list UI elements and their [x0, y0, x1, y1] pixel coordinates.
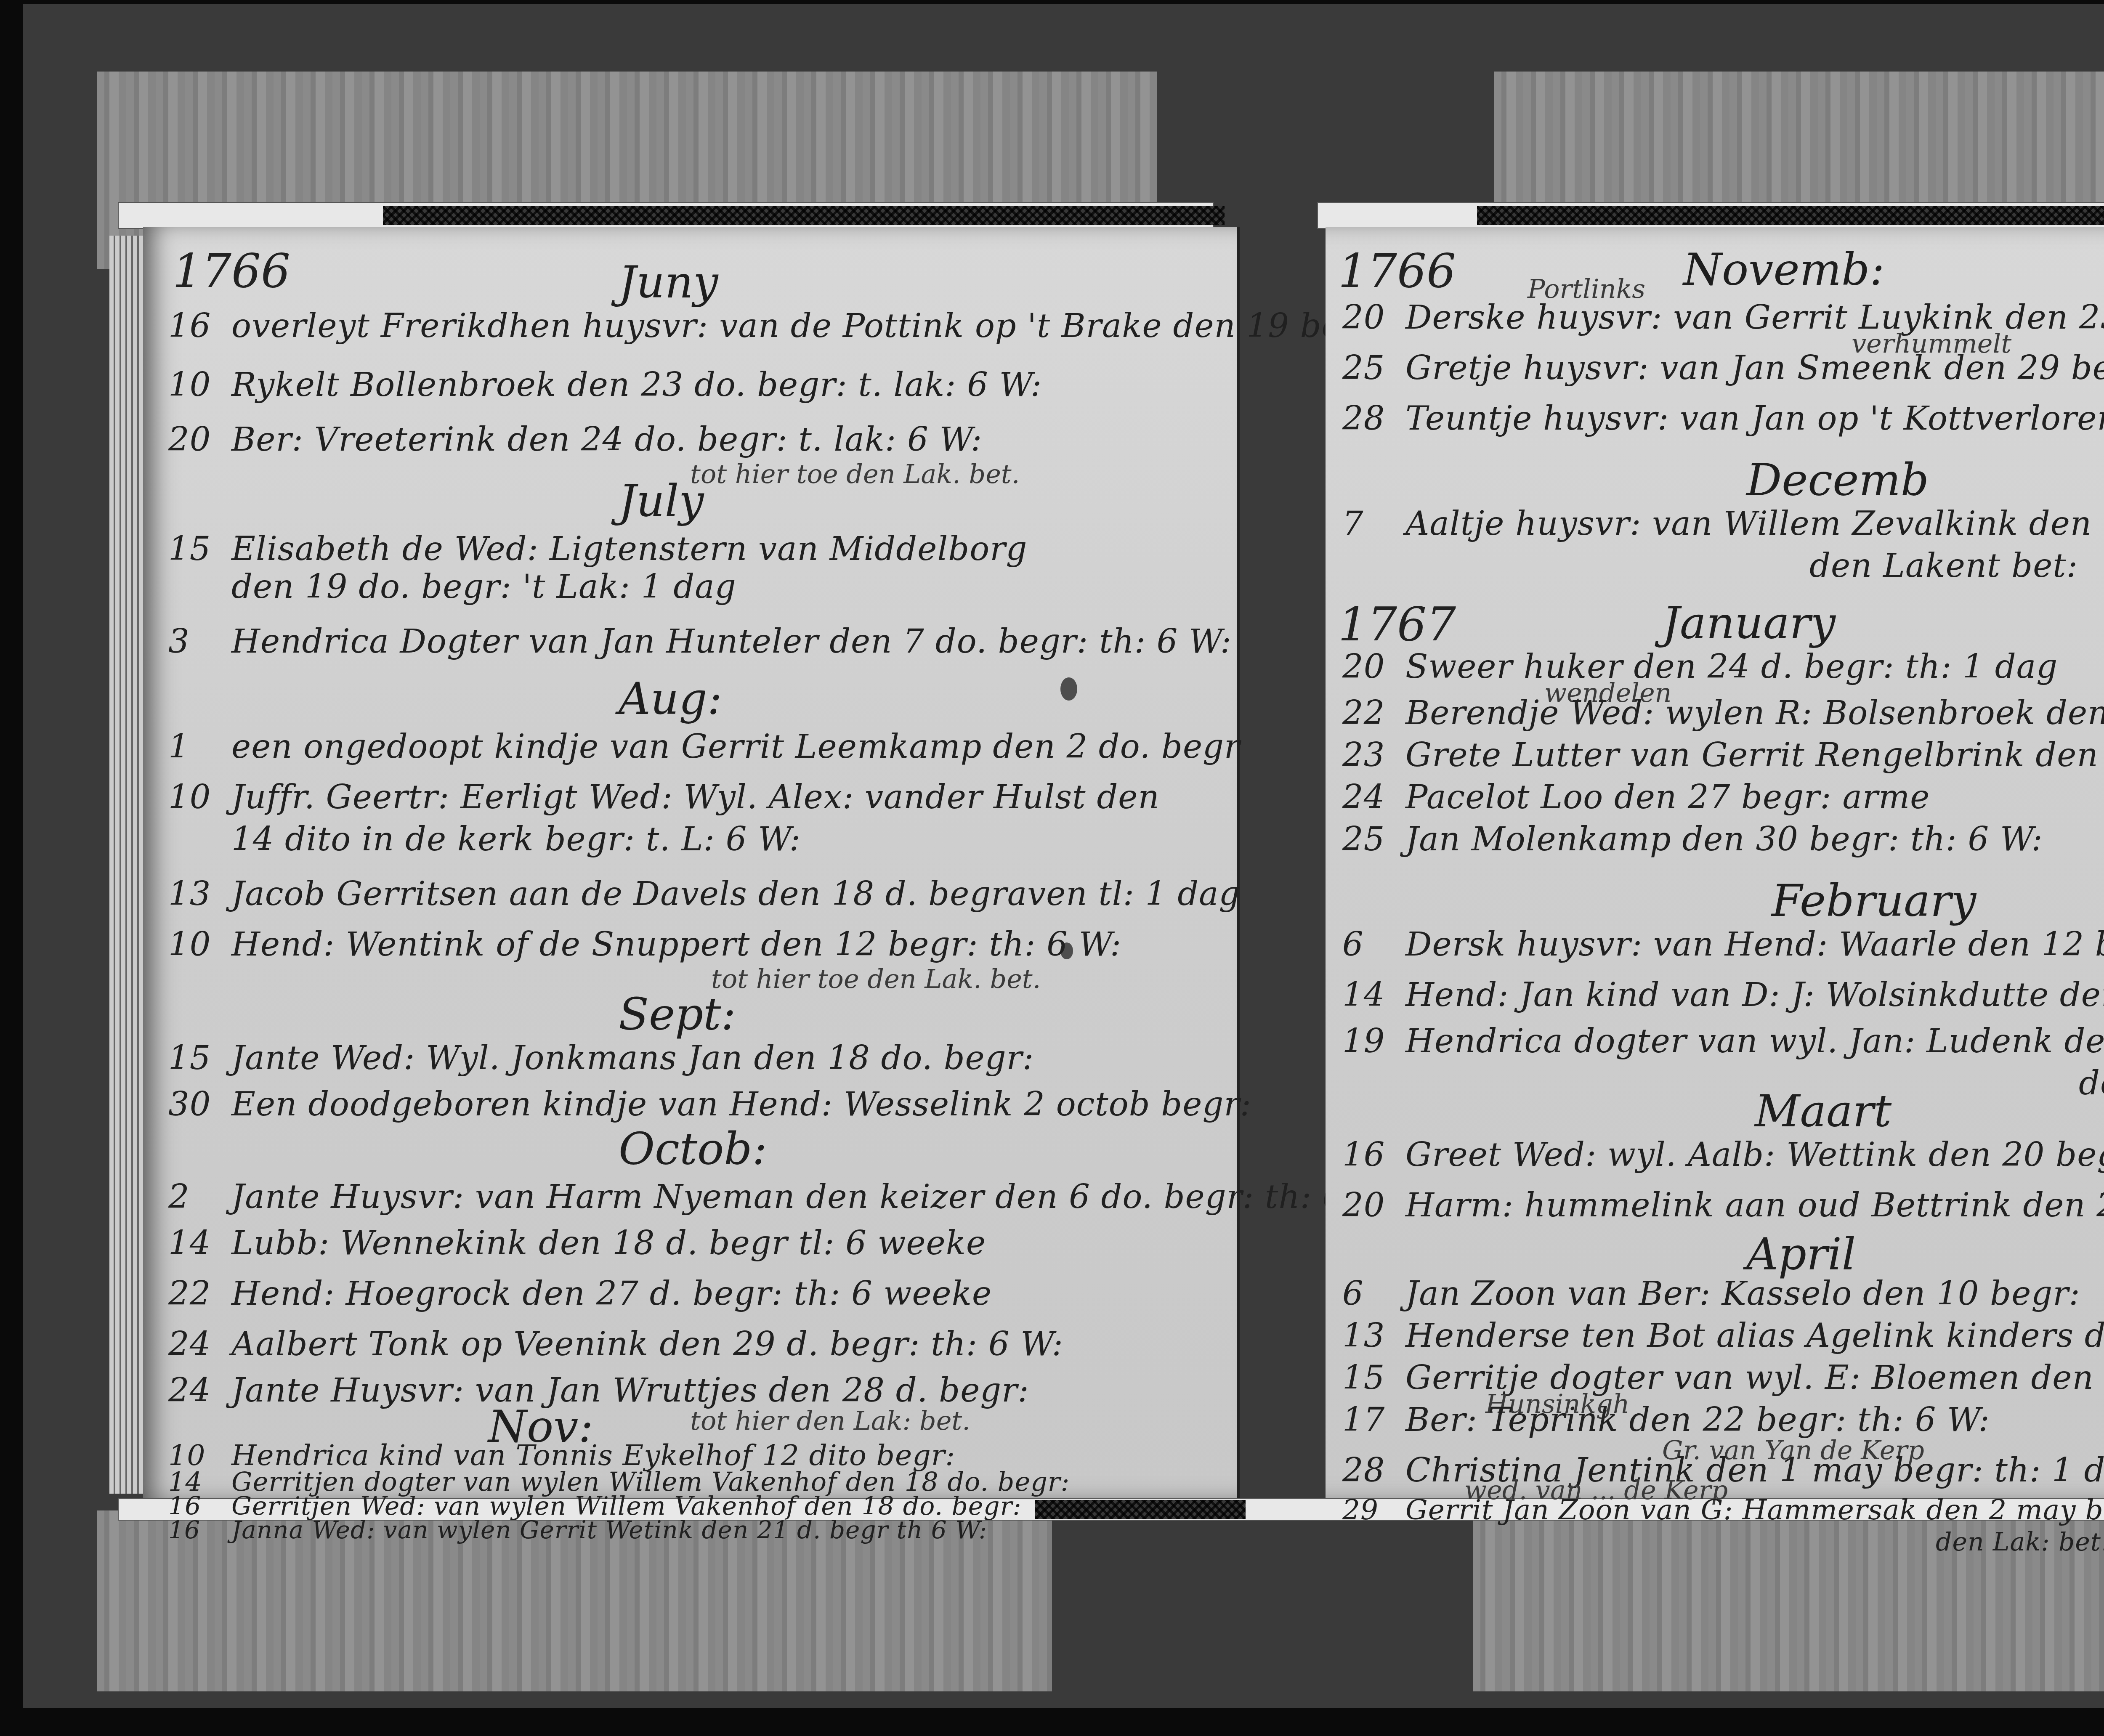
register-entry: 30Een doodgeboren kindje van Hend: Wesse…	[168, 1086, 1251, 1123]
register-entry: 15Jante Wed: Wyl. Jonkmans Jan den 18 do…	[168, 1039, 1034, 1077]
register-entry: 13Jacob Gerritsen aan de Davels den 18 d…	[168, 875, 1241, 913]
register-entry: 16overleyt Frerikdhen huysvr: van de Pot…	[168, 307, 1386, 345]
binding-pattern	[1035, 1500, 1246, 1519]
margin-note: tot hier den Lak: bet.	[690, 1405, 970, 1436]
register-entry: 7Aaltje huysvr: van Willem Zevalkink den…	[1342, 505, 2104, 543]
margin-note: tot hier toe den Lak. bet.	[690, 459, 1020, 489]
register-entry: 20Sweer huker den 24 d. begr: th: 1 dag	[1342, 648, 2058, 686]
register-entry: 6Dersk huysvr: van Hend: Waarle den 12 b…	[1342, 926, 2104, 964]
register-entry: 14Hend: Jan kind van D: J: Wolsinkdutte …	[1342, 976, 2104, 1014]
register-entry: 16Greet Wed: wyl. Aalb: Wettink den 20 b…	[1342, 1136, 2104, 1174]
register-entry: 24Aalbert Tonk op Veenink den 29 d. begr…	[168, 1325, 1063, 1363]
right-page: 1766 Novemb: Portlinks 20Derske huysvr: …	[1326, 227, 2104, 1498]
month-heading: February	[1772, 875, 1976, 926]
margin-note: tot hier toe den Lak. bet.	[711, 964, 1041, 994]
register-entry: 24Jante Huysvr: van Jan Wruttjes den 28 …	[168, 1372, 1029, 1410]
register-entry: den Lak: bet.	[1873, 1527, 2104, 1557]
register-entry: 2Jante Huysvr: van Harm Nyeman den keize…	[168, 1178, 1397, 1216]
register-entry: 20Ber: Vreeterink den 24 do. begr: t. la…	[168, 421, 982, 459]
register-entry: 19Hendrica dogter van wyl. Jan: Ludenk d…	[1342, 1022, 2104, 1060]
month-heading: Aug:	[619, 673, 722, 725]
register-entry: 20Harm: hummelink aan oud Bettrink den 2…	[1342, 1187, 2104, 1224]
register-entry: 22Berendje Wed: wylen R: Bolsenbroek den…	[1342, 694, 2104, 732]
register-entry: 24Pacelot Loo den 27 begr: arme	[1342, 778, 1930, 816]
register-entry: 15Gerritje dogter van wyl. E: Bloemen de…	[1342, 1359, 2104, 1397]
binding-pattern	[383, 206, 1225, 225]
month-heading: Decemb	[1746, 454, 1929, 506]
register-entry: 15Elisabeth de Wed: Ligtenstern van Midd…	[168, 530, 1027, 568]
left-page: 1766 Juny 16overleyt Frerikdhen huysvr: …	[143, 227, 1240, 1498]
register-entry: 25Jan Molenkamp den 30 begr: th: 6 W:	[1342, 820, 2043, 858]
register-entry: 25Gretje huysvr: van Jan Smeenk den 29 b…	[1342, 349, 2104, 387]
register-entry: 22Hend: Hoegrock den 27 d. begr: th: 6 w…	[168, 1275, 992, 1313]
register-entry: den Lakent bet	[2016, 1064, 2104, 1102]
month-heading: Octob:	[619, 1123, 767, 1175]
register-entry: 14Lubb: Wennekink den 18 d. begr tl: 6 w…	[168, 1224, 986, 1262]
ink-stain	[1060, 677, 1077, 701]
year-heading: 1766	[173, 244, 290, 298]
month-heading: Novemb:	[1683, 244, 1885, 295]
binding-pattern	[1477, 206, 2104, 225]
month-heading: Sept:	[619, 989, 736, 1040]
register-entry: 16Janna Wed: van wylen Gerrit Wetink den…	[168, 1516, 987, 1544]
page-stack-left	[109, 236, 147, 1494]
register-entry: 23Grete Lutter van Gerrit Rengelbrink de…	[1342, 736, 2104, 774]
register-entry: 29Gerrit Jan Zoon van G: Hammersak den 2…	[1342, 1494, 2104, 1526]
register-entry: 10Juffr. Geertr: Eerligt Wed: Wyl. Alex:…	[168, 778, 1160, 816]
month-heading: Juny	[619, 257, 718, 308]
ink-stain	[1060, 942, 1073, 959]
register-entry: 6Jan Zoon van Ber: Kasselo den 10 begr:	[1342, 1275, 2080, 1313]
register-entry: 13Henderse ten Bot alias Agelink kinders…	[1342, 1317, 2104, 1355]
month-heading: July	[619, 475, 704, 527]
register-entry: 28Teuntje huysvr: van Jan op 't Kottverl…	[1342, 400, 2104, 438]
year-heading: 1767	[1338, 597, 1456, 651]
register-entry: 10Hend: Wentink of de Snuppert den 12 be…	[168, 926, 1121, 964]
register-entry: den Lakent bet:	[1746, 547, 2078, 585]
month-heading: January	[1662, 597, 1836, 649]
open-register-book: 1766 Juny 16overleyt Frerikdhen huysvr: …	[109, 202, 2104, 1515]
register-entry: 3Hendrica Dogter van Jan Hunteler den 7 …	[168, 623, 1232, 661]
register-entry: 1een ongedoopt kindje van Gerrit Leemkam…	[168, 728, 1240, 766]
register-entry: 10Rykelt Bollenbroek den 23 do. begr: t.…	[168, 366, 1042, 404]
month-heading: Maart	[1755, 1086, 1891, 1137]
month-heading: April	[1746, 1229, 1856, 1280]
register-entry: den 19 do. begr: 't Lak: 1 dag	[168, 568, 736, 606]
year-heading: 1766	[1338, 244, 1456, 298]
register-entry: 17Ber: Teprink den 22 begr: th: 6 W:	[1342, 1401, 1990, 1439]
register-entry: 14 dito in de kerk begr: t. L: 6 W:	[168, 820, 801, 858]
